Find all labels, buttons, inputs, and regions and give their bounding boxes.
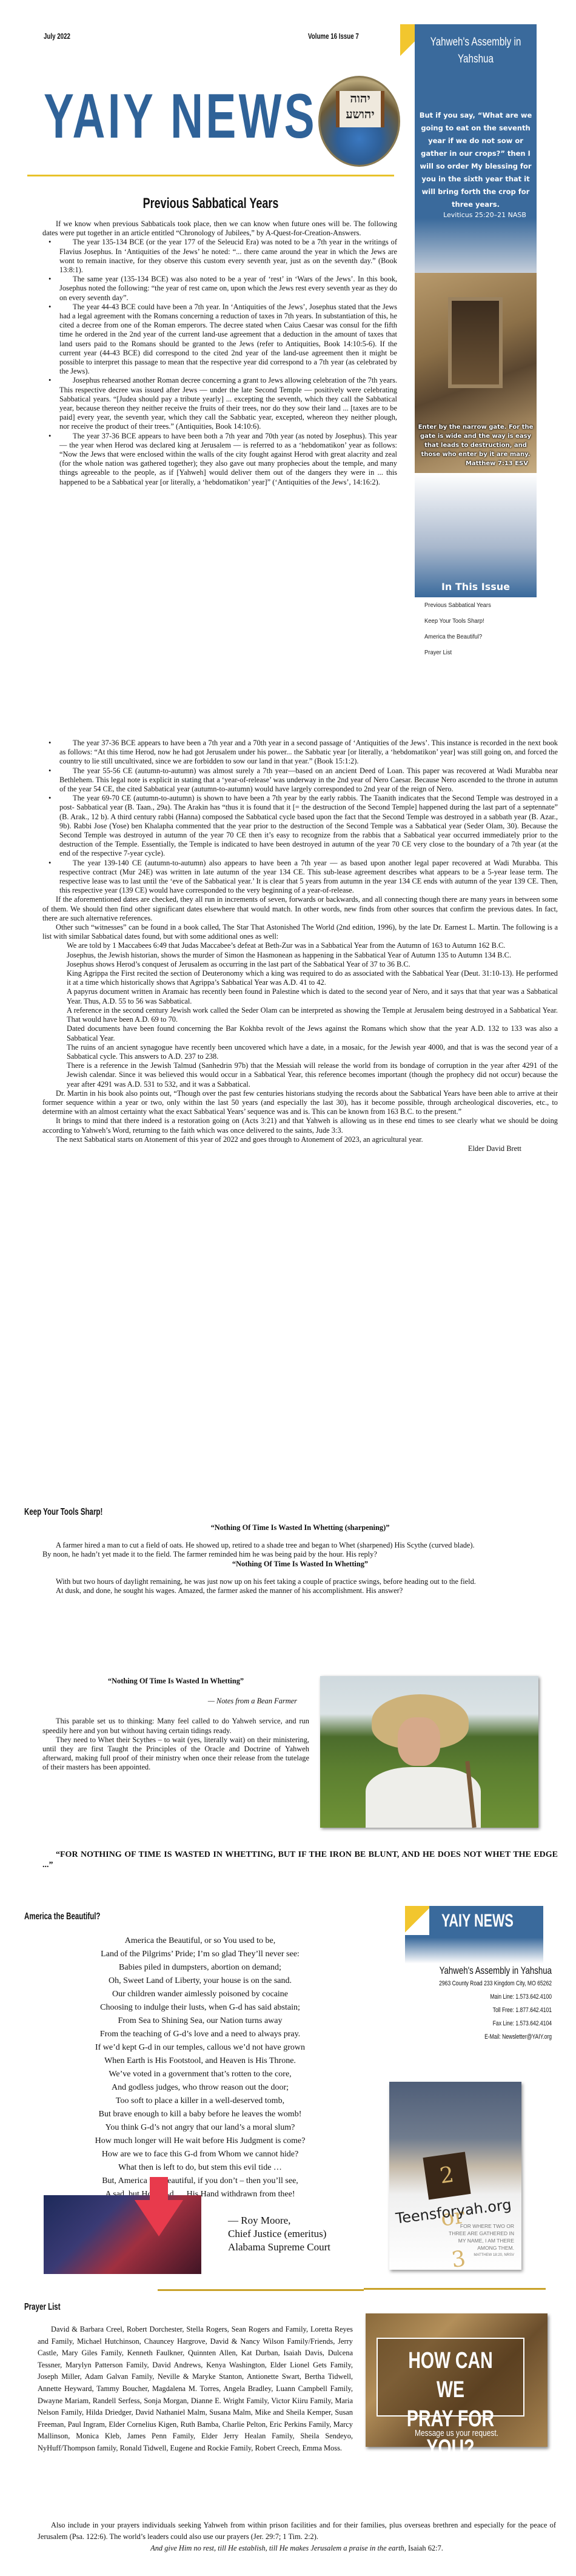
section-title: Keep Your Tools Sharp! bbox=[24, 1507, 102, 1518]
yellow-flag-icon bbox=[400, 24, 415, 73]
shirt-icon bbox=[366, 1767, 481, 1828]
poem-line: How are we to face this G-d from Whom we… bbox=[42, 2148, 358, 2161]
attribution-line: Chief Justice (emeritus) bbox=[228, 2227, 330, 2241]
yaiy-news-banner: YAIY NEWS bbox=[405, 1906, 543, 1964]
list-item: Josephus, the Jewish historian, shows th… bbox=[67, 951, 558, 960]
narrow-gate-photo: Enter by the narrow gate. For the gate i… bbox=[415, 273, 537, 473]
subheading: “Nothing Of Time Is Wasted In Whetting” bbox=[42, 1560, 558, 1569]
face-icon bbox=[398, 1717, 440, 1766]
stone-doorway-icon bbox=[448, 297, 503, 388]
prayer-closing: Also include in your prayers individuals… bbox=[38, 2520, 556, 2554]
paragraph: The next Sabbatical starts on Atonement … bbox=[42, 1135, 558, 1144]
verse-text: FOR WHERE TWO OR THREE ARE GATHERED IN M… bbox=[441, 2222, 514, 2252]
poem-line: Oh, Sweet Land of Liberty, your house is… bbox=[42, 1974, 358, 1988]
item-text: Josephus shows Herod’s conquest of Jerus… bbox=[67, 960, 410, 968]
list-item: The ruins of an ancient synagogue have r… bbox=[67, 1043, 558, 1061]
poem-line: When Earth is His Footstool, and Heaven … bbox=[42, 2054, 358, 2068]
article-intro: If we know when previous Sabbaticals too… bbox=[42, 220, 397, 238]
contact-block: Yahweh's Assembly in Yahshua 2963 County… bbox=[388, 1965, 552, 2044]
prayer-names: David & Barbara Creel, Robert Dorchester… bbox=[38, 2324, 353, 2455]
poem-line: But, America the Beautiful, if you don’t… bbox=[42, 2175, 358, 2188]
item-text: Dated documents have been found concerni… bbox=[67, 1024, 558, 1042]
in-this-issue-banner: In This Issue bbox=[415, 473, 537, 597]
prayer-request-ad[interactable]: HOW CAN WE PRAY FOR YOU? Message us your… bbox=[366, 2313, 548, 2447]
toc-item[interactable]: Previous Sabbatical Years bbox=[424, 602, 491, 617]
poem-line: Too soft to place a killer in a well-des… bbox=[42, 2095, 358, 2108]
poem-line: From the teaching of G-d’s love and a ne… bbox=[42, 2028, 358, 2041]
prayer-headline: HOW CAN WE PRAY FOR YOU? bbox=[377, 2338, 524, 2417]
prayer-names-text: David & Barbara Creel, Robert Dorchester… bbox=[38, 2324, 353, 2455]
paragraph: By noon, he hadn’t yet made it to the fi… bbox=[42, 1550, 558, 1559]
paragraph: Dr. Martin in his book also points out, … bbox=[42, 1089, 558, 1117]
article-author: Elder David Brett bbox=[42, 1144, 558, 1153]
table-of-contents: Previous Sabbatical Years Keep Your Tool… bbox=[424, 602, 498, 665]
gold-divider bbox=[27, 175, 394, 176]
toc-item[interactable]: Prayer List bbox=[424, 649, 491, 665]
teens-ad[interactable]: 2 or 3 Teensforyah.org FOR WHERE TWO OR … bbox=[389, 2082, 521, 2270]
poem-line: And godless judges, who throw reason out… bbox=[42, 2081, 358, 2095]
poem-line: Land of the Pilgrims’ Pride; I’m so glad… bbox=[42, 1948, 358, 1961]
main-line[interactable]: Main Line: 1.573.642.4100 bbox=[424, 1990, 552, 2004]
gold-divider bbox=[364, 2288, 546, 2290]
bullet-list-cont: The year 37-36 BCE appears to have been … bbox=[42, 739, 558, 895]
list-item: The year 37-36 BCE appears to have been … bbox=[59, 432, 397, 487]
banner-title: YAIY NEWS bbox=[441, 1911, 514, 1931]
closing-quote-text: “FOR NOTHING OF TIME IS WASTED IN WHETTI… bbox=[42, 1850, 558, 1870]
address: 2963 County Road 233 Kingdom City, MO 65… bbox=[424, 1977, 552, 1990]
prayer-message: Message us your request. bbox=[384, 2428, 529, 2438]
poem-attribution: — Roy Moore, Chief Justice (emeritus) Al… bbox=[228, 2214, 330, 2254]
poem: America the Beautiful, or so You used to… bbox=[42, 1934, 358, 2201]
attribution-line: — Roy Moore, bbox=[228, 2214, 330, 2227]
in-this-issue-label: In This Issue bbox=[415, 581, 537, 592]
fax-line: Fax Line: 1.573.642.4104 bbox=[424, 2017, 552, 2030]
list-item: A reference in the second century Jewish… bbox=[67, 1006, 558, 1024]
list-item: The year 139-140 CE (autumn-to-autumn) a… bbox=[59, 859, 558, 896]
sidebar-quote: But if you say, “What are we going to ea… bbox=[415, 109, 537, 211]
paragraph: They need to Whet their Scythes – to wai… bbox=[42, 1736, 309, 1773]
list-item: The year 55-56 CE (autumn-to-autumn) was… bbox=[59, 766, 558, 794]
item-text: A reference in the second century Jewish… bbox=[67, 1006, 558, 1024]
poem-line: You think G-d’s not angry that our land’… bbox=[42, 2121, 358, 2135]
subheading: “Nothing Of Time Is Wasted In Whetting” bbox=[42, 1677, 309, 1686]
email-link[interactable]: E-Mail: Newsletter@YAIY.org bbox=[424, 2030, 552, 2044]
org-name: Yahweh's Assembly in Yahshua bbox=[424, 1965, 552, 1977]
subheading: “Nothing Of Time Is Wasted In Whetting (… bbox=[42, 1523, 558, 1532]
list-item: We are told by 1 Maccabees 6:49 that Jud… bbox=[67, 941, 558, 950]
poem-line: We’ve voted in a government that’s rotte… bbox=[42, 2068, 358, 2081]
gold-divider bbox=[158, 2289, 364, 2291]
verse-italic: And give Him no rest, till He establish,… bbox=[150, 2544, 406, 2552]
section-title: Prayer List bbox=[24, 2302, 61, 2313]
verse-ref: MATTHEW 18:20, NRSV bbox=[441, 2252, 514, 2259]
list-item: A papyrus document written in Aramaic ha… bbox=[67, 987, 558, 1005]
poem-line: But brave enough to kill a baby before h… bbox=[42, 2108, 358, 2121]
closing-quote: “FOR NOTHING OF TIME IS WASTED IN WHETTI… bbox=[42, 1850, 558, 1870]
tools-article: “Nothing Of Time Is Wasted In Whetting (… bbox=[42, 1523, 558, 1595]
list-item: Dated documents have been found concerni… bbox=[67, 1024, 558, 1042]
photo-caption: Enter by the narrow gate. For the gate i… bbox=[415, 423, 537, 468]
caption-ref: Matthew 7:13 ESV bbox=[415, 459, 537, 468]
teens-verse: FOR WHERE TWO OR THREE ARE GATHERED IN M… bbox=[441, 2222, 514, 2259]
paragraph: A farmer hired a man to cut a field of o… bbox=[42, 1541, 558, 1550]
list-item: There is a reference in the Jewish Talmu… bbox=[67, 1061, 558, 1089]
paragraph: With but two hours of daylight remaining… bbox=[42, 1577, 558, 1586]
sidebar: Yahweh's Assembly in Yahshua But if you … bbox=[400, 24, 537, 679]
verse-ref: Isaiah 62:7. bbox=[408, 2544, 443, 2552]
list-item: The year 69-70 CE (autumn-to-autumn) is … bbox=[59, 794, 558, 858]
issue-volume: Volume 16 Issue 7 bbox=[308, 32, 359, 41]
assembly-logo: יהוה יהושע bbox=[318, 76, 400, 167]
article-title: Previous Sabbatical Years bbox=[73, 195, 349, 212]
down-arrow-shaft bbox=[150, 2177, 168, 2201]
list-item: King Agrippa the First recited the secti… bbox=[67, 969, 558, 987]
item-text: A papyrus document written in Aramaic ha… bbox=[67, 987, 558, 1005]
bullet-list: The year 135-134 BCE (or the year 177 of… bbox=[42, 238, 397, 486]
poem-line: Our children wander aimlessly poisoned b… bbox=[42, 1988, 358, 2001]
item-text: We are told by 1 Maccabees 6:49 that Jud… bbox=[67, 941, 505, 950]
article-body-wide: The year 37-36 BCE appears to have been … bbox=[42, 739, 558, 1153]
sidebar-title: Yahweh's Assembly in Yahshua bbox=[427, 34, 524, 68]
poem-line: What then is left to do, but stem this e… bbox=[42, 2161, 358, 2175]
headline-line: HOW CAN WE bbox=[396, 2346, 505, 2404]
numbered-list: We are told by 1 Maccabees 6:49 that Jud… bbox=[42, 941, 558, 1088]
paragraph: If the aforementioned dates are checked,… bbox=[42, 895, 558, 923]
sidebar-quote-panel: Yahweh's Assembly in Yahshua But if you … bbox=[415, 24, 537, 218]
closing-verse: And give Him no rest, till He establish,… bbox=[38, 2543, 556, 2554]
item-text: King Agrippa the First recited the secti… bbox=[67, 969, 558, 987]
down-arrow-icon bbox=[135, 2200, 183, 2236]
sidebar-gradient bbox=[415, 218, 537, 273]
poem-line: How much longer will He wait before His … bbox=[42, 2135, 358, 2148]
tools-article-column: “Nothing Of Time Is Wasted In Whetting” … bbox=[42, 1677, 309, 1773]
poem-line: America the Beautiful, or so You used to… bbox=[42, 1934, 358, 1948]
caption-text: Enter by the narrow gate. For the gate i… bbox=[415, 423, 537, 459]
scroll-icon: יהוה יהושע bbox=[336, 91, 384, 127]
item-text: Josephus, the Jewish historian, shows th… bbox=[67, 951, 511, 959]
toc-item[interactable]: Keep Your Tools Sharp! bbox=[424, 617, 491, 633]
paragraph: It brings to mind that there indeed is a… bbox=[42, 1116, 558, 1135]
poem-line: From Sea to Shining Sea, our Nation turn… bbox=[42, 2014, 358, 2028]
poem-line: Babies piled in dumpsters, abortion on d… bbox=[42, 1961, 358, 1974]
flag-market-photo bbox=[44, 2195, 201, 2274]
list-item: The same year (135-134 BCE) was also not… bbox=[59, 275, 397, 303]
yellow-flag-icon bbox=[405, 1906, 429, 1935]
list-item: The year 44-43 BCE could have been a 7th… bbox=[59, 303, 397, 377]
quote-source: — Notes from a Bean Farmer bbox=[42, 1697, 309, 1706]
farmer-photo bbox=[320, 1676, 538, 1828]
paragraph: Also include in your prayers individuals… bbox=[38, 2520, 556, 2543]
article-body: If we know when previous Sabbaticals too… bbox=[42, 220, 397, 487]
attribution-line: Alabama Supreme Court bbox=[228, 2241, 330, 2254]
section-title: America the Beautiful? bbox=[24, 1911, 100, 1922]
paragraph: At dusk, and done, he sought his wages. … bbox=[42, 1586, 558, 1595]
issue-date: July 2022 bbox=[44, 32, 70, 41]
list-item: Josephus shows Herod’s conquest of Jerus… bbox=[67, 960, 558, 969]
paragraph: Other such “witnesses” can be found in a… bbox=[42, 923, 558, 941]
poem-line: If we’d kept G-d in our temples, callous… bbox=[42, 2041, 358, 2054]
paragraph: This parable set us to thinking: Many fe… bbox=[42, 1717, 309, 1735]
list-item: The year 135-134 BCE (or the year 177 of… bbox=[59, 238, 397, 275]
list-item: The year 37-36 BCE appears to have been … bbox=[59, 739, 558, 766]
toll-free[interactable]: Toll Free: 1.877.642.4101 bbox=[424, 2004, 552, 2017]
poem-line: Choosing to indulge their lusts, when G-… bbox=[42, 2001, 358, 2014]
item-text: There is a reference in the Jewish Talmu… bbox=[67, 1061, 558, 1088]
item-text: The ruins of an ancient synagogue have r… bbox=[67, 1043, 558, 1061]
two-or-three-badge: 2 or 3 bbox=[423, 2152, 471, 2199]
toc-item[interactable]: America the Beautiful? bbox=[424, 633, 491, 649]
list-item: Josephus rehearsed another Roman decree … bbox=[59, 376, 397, 431]
masthead-title: YAIY NEWS bbox=[44, 85, 317, 148]
